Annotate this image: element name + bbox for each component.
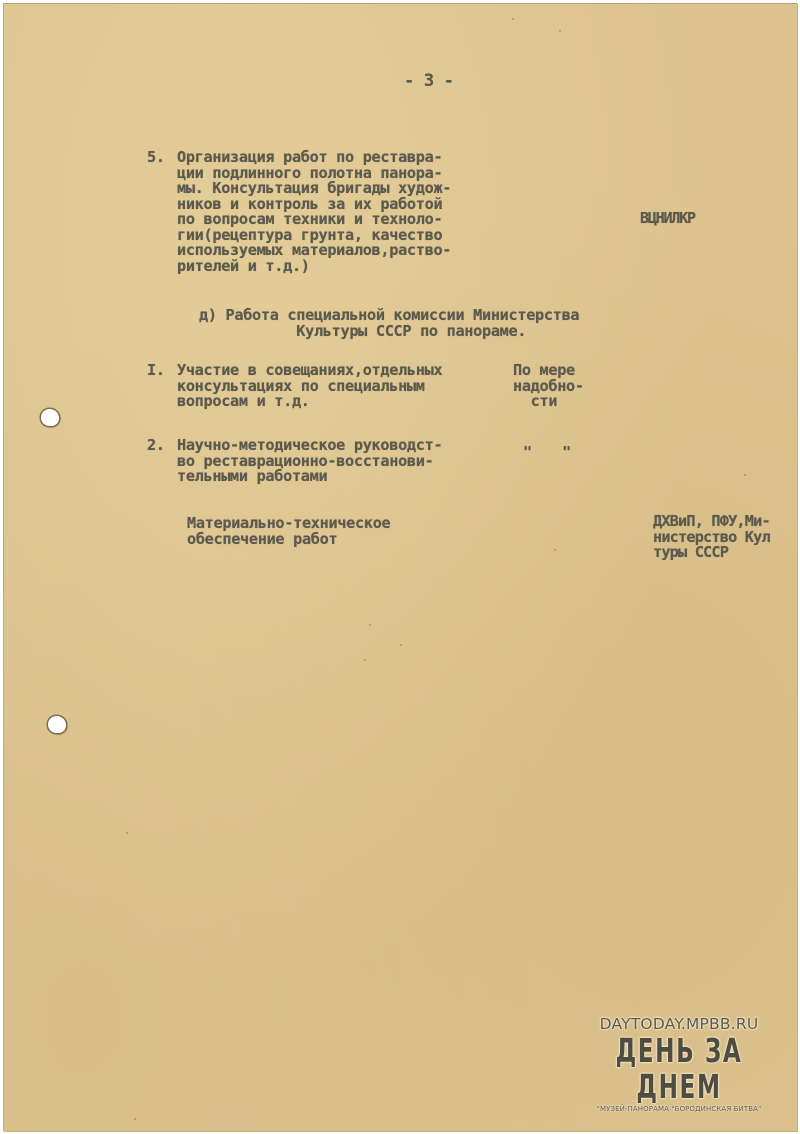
paper-speck [126, 832, 128, 834]
item-2-term-ditto: "" [523, 445, 601, 461]
section-d-heading: д) Работа специальной комиссии Министерс… [199, 308, 579, 339]
item-5-text: Организация работ по реставра- ции подли… [177, 150, 451, 274]
item-2-number: 2. [147, 438, 165, 454]
watermark-subtitle: "МУЗЕЙ-ПАНОРАМА "БОРОДИНСКАЯ БИТВА" [579, 1105, 779, 1113]
item-1-text: Участие в совещаниях,отдельных консульта… [177, 363, 442, 410]
document-page: - 3 - 5. Организация работ по реставра- … [3, 3, 797, 1131]
paper-speck [512, 18, 514, 20]
paper-speck [364, 659, 366, 661]
item-5-responsible: ВЦНИЛКР [640, 211, 695, 227]
paper-speck [369, 624, 371, 626]
item-2-text: Научно-методическое руководст- во рестав… [177, 438, 442, 485]
item-1-term: По мере надобно- сти [513, 363, 584, 410]
paper-speck [554, 549, 556, 551]
item-5-number: 5. [147, 150, 165, 166]
material-support-responsible: ДХВиП, ПФУ,Ми- нистерство Кул туры СССР [653, 514, 770, 561]
item-1-number: I. [147, 363, 165, 379]
punch-hole-icon [41, 409, 59, 426]
paper-speck [400, 644, 402, 646]
page-number: - 3 - [404, 74, 454, 90]
paper-speck [134, 1118, 136, 1120]
paper-speck [559, 30, 561, 32]
watermark-logo: DAYTODAY.MPBB.RU ДЕНЬ ЗА ДНЕМ "МУЗЕЙ-ПАН… [579, 1015, 779, 1113]
paper-speck [744, 474, 746, 476]
punch-hole-icon [48, 716, 66, 733]
material-support-text: Материально-техническое обеспечение рабо… [187, 516, 390, 547]
watermark-title: ДЕНЬ ЗА ДНЕМ [601, 1033, 757, 1105]
